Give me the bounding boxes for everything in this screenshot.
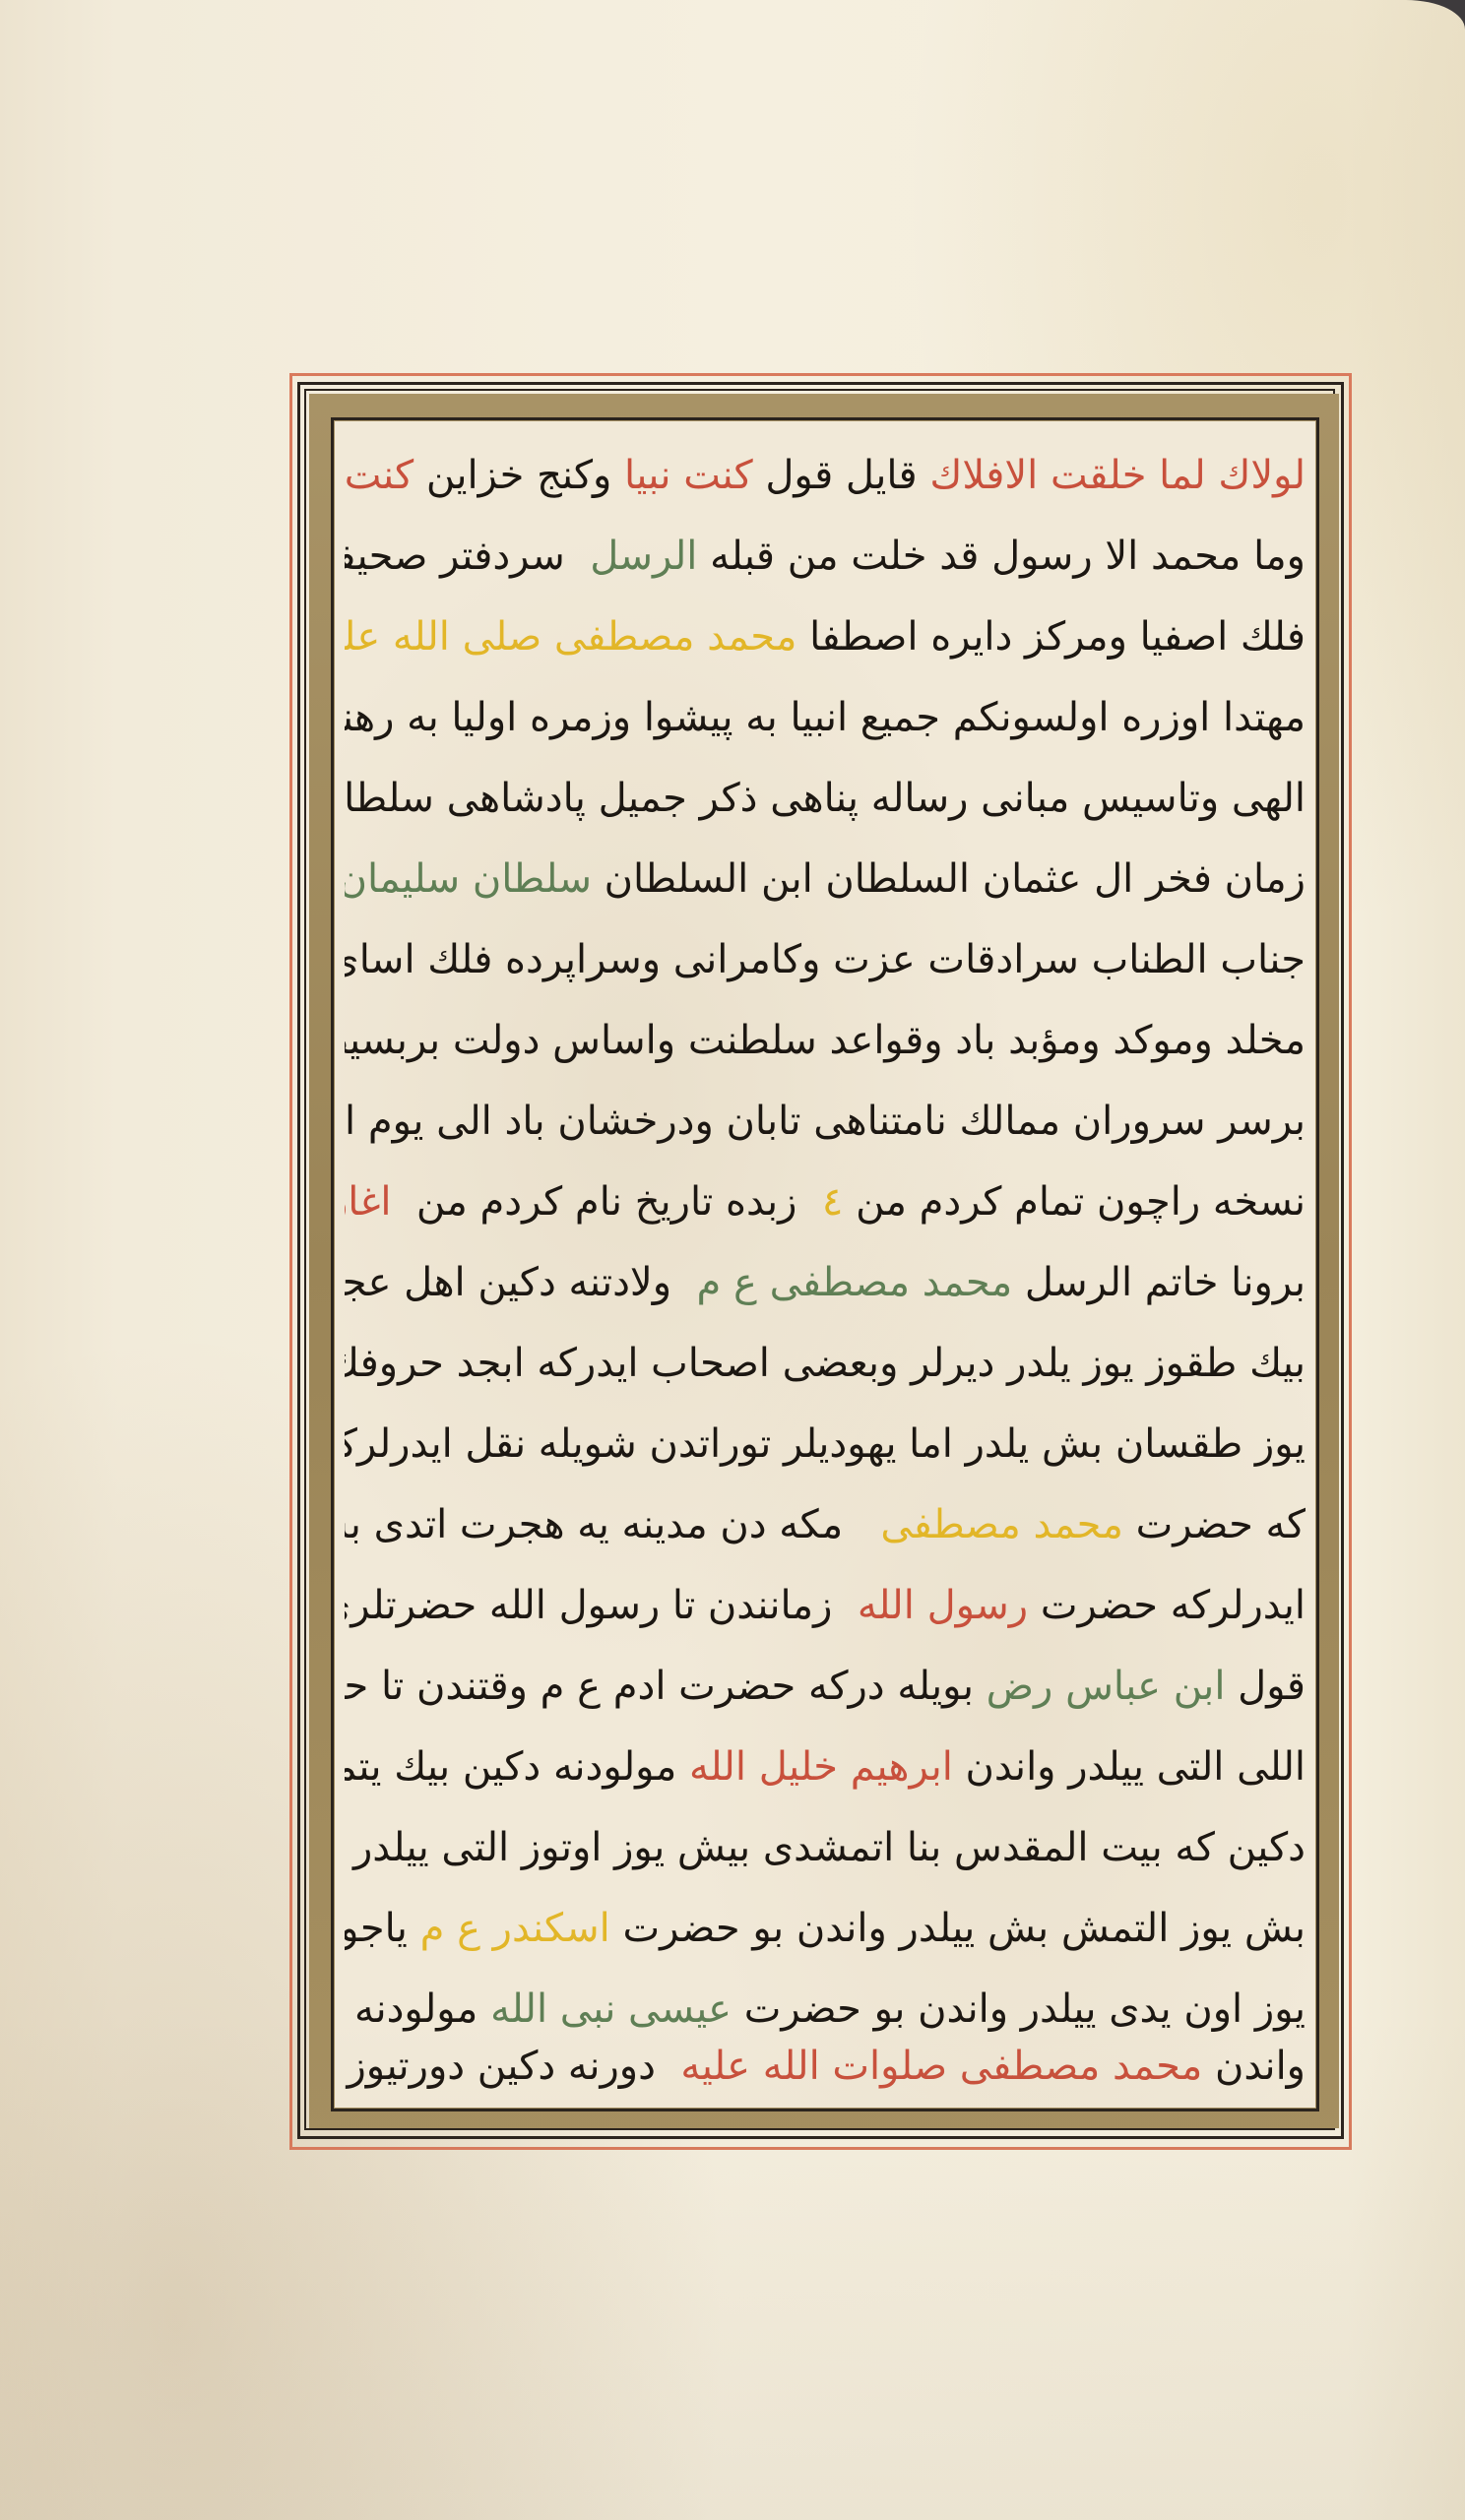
- text-segment: زمان فخر ال عثمان السلطان ابن السلطان: [592, 856, 1306, 902]
- rubric-gold: ٤: [822, 1179, 843, 1225]
- rubric-red: رسول الله: [858, 1583, 1028, 1628]
- text-segment: ولادتنه دكين اهل عجم ايدرلركه التى بيك ا…: [345, 1260, 697, 1305]
- text-line-5: الهى وتاسيس مبانى رساله پناهى ذكر جميل پ…: [345, 760, 1306, 837]
- text-line-6: زمان فخر ال عثمان السلطان ابن السلطان سل…: [345, 841, 1306, 917]
- text-segment: وما محمد الا رسول قد خلت من قبله: [710, 534, 1306, 579]
- text-line-3: فلك اصفيا ومركز دايره اصطفا محمد مصطفى ص…: [345, 598, 1306, 675]
- text-segment: مخلد وموكد ومؤبد باد وقواعد سلطنت واساس …: [345, 1018, 1306, 1063]
- text-segment: دورنه دكين دورتيوز اوتوز دورت ييلدر بونق…: [345, 2044, 680, 2089]
- text-segment: مكه دن مدينه يه هجرت اتدى بش بيك قرق اوچ…: [345, 1502, 880, 1547]
- text-segment: مهتدا اوزره اولسونكم جميع انبيا به پيشوا…: [345, 695, 1306, 740]
- text-line-10: نسخه راچون تمام كردم من ٤ زبده تاريخ نام…: [345, 1164, 1306, 1240]
- text-segment: برونا خاتم الرسل: [1012, 1260, 1306, 1305]
- text-line-18: دكين كه بيت المقدس بنا اتمشدى بيش يوز او…: [345, 1809, 1306, 1886]
- rubric-green: عيسى نبى الله: [490, 1986, 732, 2032]
- text-segment: بيك طقوز يوز يلدر ديرلر وبعضى اصحاب ايدر…: [345, 1341, 1306, 1386]
- rubric-gold: اسكندر ع م: [420, 1906, 610, 1951]
- text-line-8: مخلد وموكد ومؤبد باد وقواعد سلطنت واساس …: [345, 1002, 1306, 1079]
- text-segment: يوز طقسان بش يلدر اما يهوديلر توراتدن شو…: [345, 1421, 1306, 1467]
- text-segment: الهى وتاسيس مبانى رساله پناهى ذكر جميل پ…: [345, 776, 1306, 821]
- text-segment: قول: [1225, 1664, 1306, 1709]
- text-segment: برسر سروران ممالك نامتناهى تابان ودرخشان…: [345, 1099, 1306, 1144]
- rubric-gold: محمد مصطفى: [880, 1502, 1123, 1547]
- text-line-14: كه حضرت محمد مصطفى مكه دن مدينه يه هجرت …: [345, 1486, 1306, 1563]
- text-line-11: برونا خاتم الرسل محمد مصطفى ع م ولادتنه …: [345, 1244, 1306, 1321]
- rubric-green: سلطان سليمان خان ابن سلطان سليم خان: [345, 856, 592, 902]
- text-segment: قايل قول: [753, 453, 930, 498]
- text-block: لولاك لما خلقت الافلاك قايل قول كنت نبيا…: [335, 421, 1315, 2108]
- text-segment: وكنج خزاين: [414, 453, 624, 498]
- rubric-gold: محمد مصطفى صلى الله عليه وسلم: [345, 614, 796, 660]
- text-line-17: اللى التى ييلدر واندن ابرهيم خليل الله م…: [345, 1729, 1306, 1805]
- rubric-red: كنت نبيا: [624, 453, 753, 498]
- rubric-red: ابرهيم خليل الله: [689, 1744, 953, 1790]
- text-line-21: واندن محمد مصطفى صلوات الله عليه دورنه د…: [345, 2028, 1306, 2105]
- text-segment: زبده تاريخ نام كردم من: [392, 1179, 822, 1225]
- text-segment: مولودنه دكين اوچيوز التمش طقوز ييلدر: [345, 1986, 490, 2032]
- manuscript-page: لولاك لما خلقت الافلاك قايل قول كنت نبيا…: [0, 0, 1465, 2520]
- rubric-red: اغاز بيان: [345, 1179, 392, 1225]
- text-segment: فلك اصفيا ومركز دايره اصطفا: [796, 614, 1306, 660]
- rubric-green: الرسل: [577, 534, 710, 579]
- rubric-red: كنت كنزا مخفيا: [345, 453, 414, 498]
- text-segment: يوز اون يدى ييلدر واندن بو حضرت: [732, 1986, 1306, 2032]
- text-line-15: ايدرلركه حضرت رسول الله زمانندن تا رسول …: [345, 1567, 1306, 1644]
- text-segment: بويله دركه حضرت ادم ع م وقتندن تا حضرت: [345, 1664, 987, 1709]
- text-segment: اللى التى ييلدر واندن: [953, 1744, 1306, 1790]
- rubric-red: محمد مصطفى صلوات الله عليه: [680, 2044, 1202, 2089]
- text-segment: واندن: [1202, 2044, 1306, 2089]
- rubric-red: لولاك لما خلقت الافلاك: [929, 453, 1306, 498]
- text-line-12: بيك طقوز يوز يلدر ديرلر وبعضى اصحاب ايدر…: [345, 1325, 1306, 1402]
- text-segment: نسخه راچون تمام كردم من: [843, 1179, 1306, 1225]
- text-line-19: بش يوز التمش بش ييلدر واندن بو حضرت اسكن…: [345, 1890, 1306, 1967]
- text-segment: بش يوز التمش بش ييلدر واندن بو حضرت: [610, 1906, 1306, 1951]
- rubric-green: محمد مصطفى ع م: [697, 1260, 1013, 1305]
- text-line-1: لولاك لما خلقت الافلاك قايل قول كنت نبيا…: [345, 437, 1306, 514]
- text-line-13: يوز طقسان بش يلدر اما يهوديلر توراتدن شو…: [345, 1406, 1306, 1482]
- text-line-9: برسر سروران ممالك نامتناهى تابان ودرخشان…: [345, 1083, 1306, 1160]
- text-line-16: قول ابن عباس رض بويله دركه حضرت ادم ع م …: [345, 1648, 1306, 1725]
- text-segment: زمانندن تا رسول الله حضرتلرى ظهورنه دكين…: [345, 1583, 858, 1628]
- text-line-2: وما محمد الا رسول قد خلت من قبله الرسل س…: [345, 518, 1306, 595]
- text-segment: جناب الطناب سرادقات عزت وكامرانى وسراپرد…: [345, 937, 1306, 982]
- text-line-7: جناب الطناب سرادقات عزت وكامرانى وسراپرد…: [345, 921, 1306, 998]
- text-segment: سردفتر صحيفه انبيا وفهرست جريده اوليا وخ…: [345, 534, 577, 579]
- text-segment: ياجوج وماجوج سد يا پدوغى زماننه دكين يدى: [345, 1906, 420, 1951]
- rubric-green: ابن عباس رض: [987, 1664, 1226, 1709]
- text-segment: كه حضرت: [1123, 1502, 1306, 1547]
- text-segment: مولودنه دكين بيك يتمش طقوز ييلدر واندن: [345, 1744, 689, 1790]
- text-segment: ايدرلركه حضرت: [1028, 1583, 1306, 1628]
- text-line-4: مهتدا اوزره اولسونكم جميع انبيا به پيشوا…: [345, 679, 1306, 756]
- text-segment: دكين كه بيت المقدس بنا اتمشدى بيش يوز او…: [345, 1825, 1306, 1870]
